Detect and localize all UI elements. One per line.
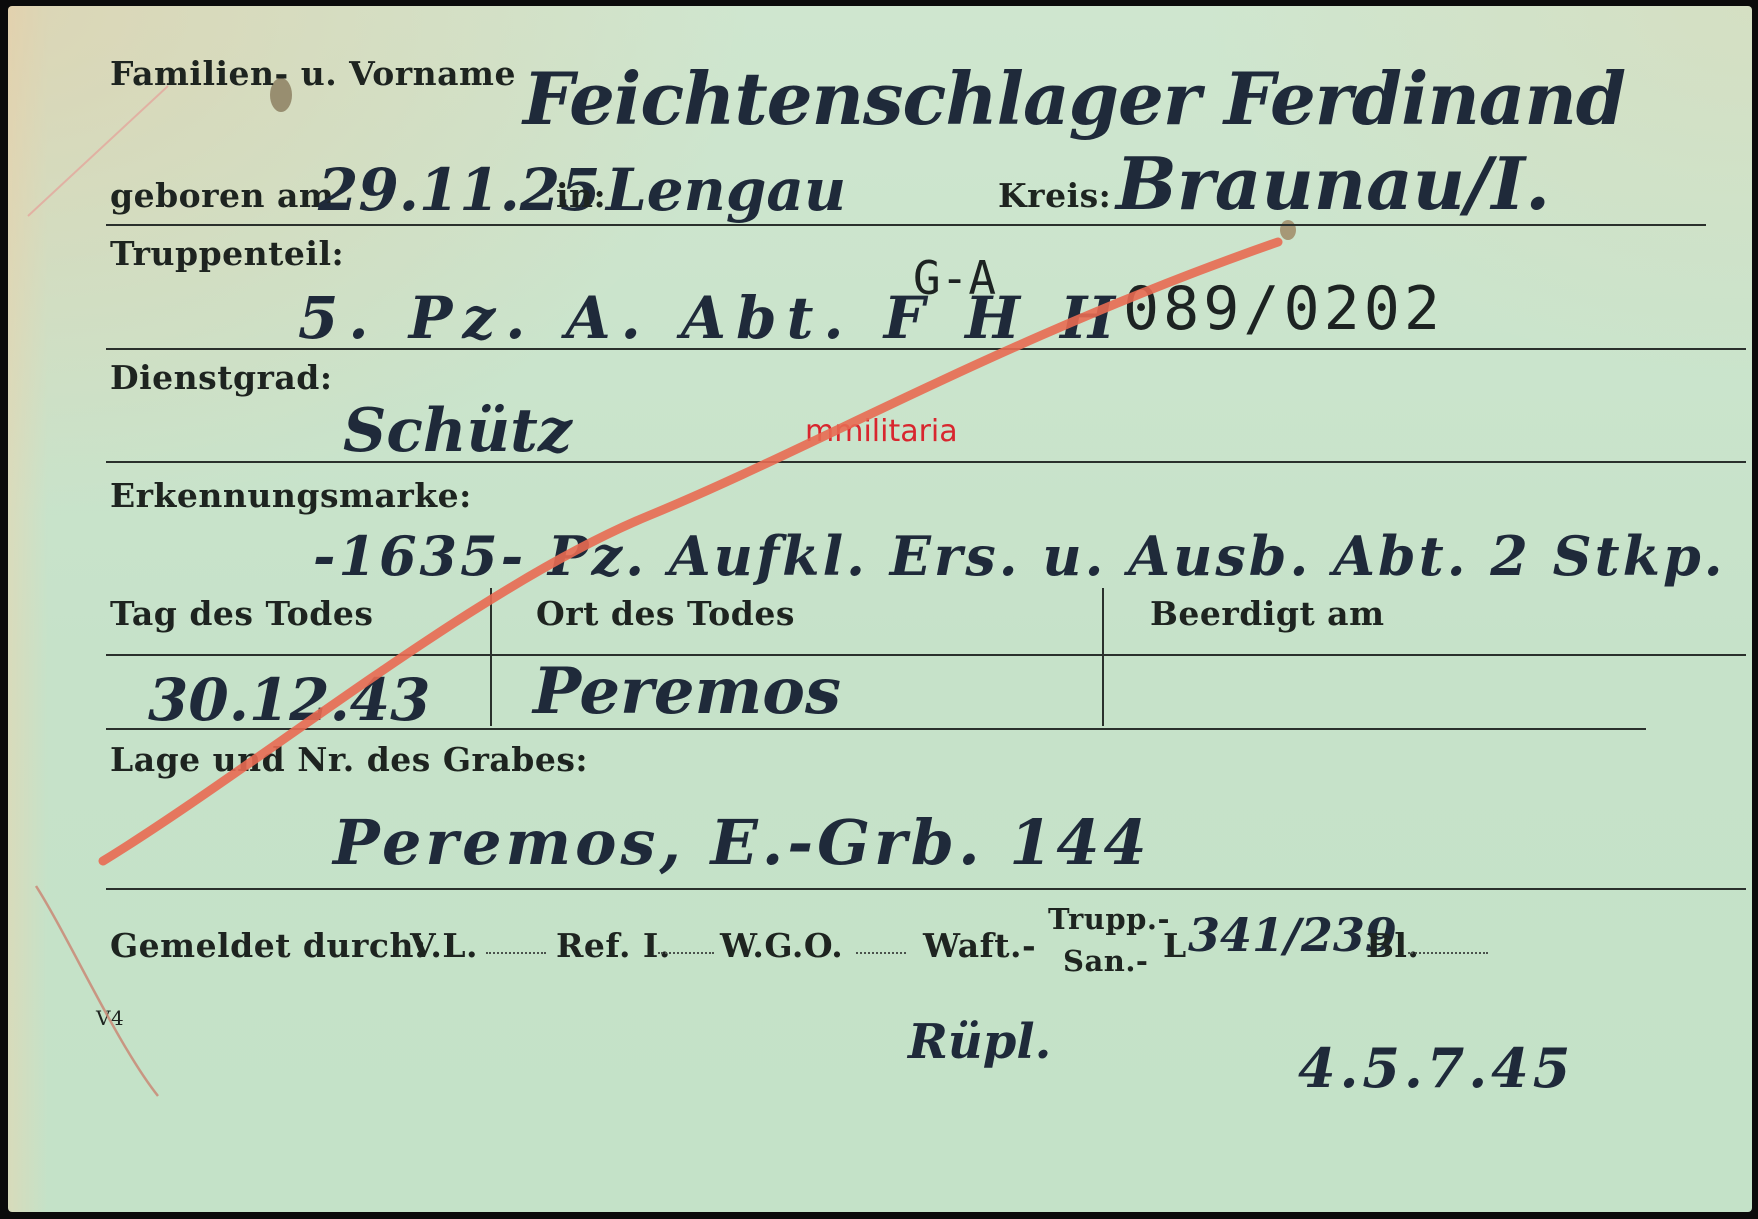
- form-code: V4: [96, 1006, 124, 1030]
- divider-line: [106, 888, 1746, 890]
- dotted-fill: [856, 952, 906, 954]
- footer-note-left: Rüpl.: [908, 1014, 1051, 1070]
- reported-item-wgo: W.G.O.: [720, 926, 843, 965]
- reported-item-ref: Ref. I.: [556, 926, 671, 965]
- death-date-label: Tag des Todes: [110, 594, 373, 633]
- list-prefix: L: [1163, 926, 1187, 965]
- district-value: Braunau/I.: [1116, 141, 1550, 226]
- column-divider: [490, 588, 492, 726]
- id-tag-label: Erkennungsmarke:: [110, 476, 472, 515]
- divider-line: [106, 654, 1746, 656]
- watermark: mmilitaria: [805, 414, 958, 449]
- column-divider: [1102, 588, 1104, 726]
- buried-label: Beerdigt am: [1150, 594, 1385, 633]
- rank-value: Schütz: [343, 396, 572, 466]
- divider-line: [106, 461, 1746, 463]
- death-date-value: 30.12.43: [148, 666, 431, 734]
- death-place-value: Peremos: [533, 654, 841, 729]
- divider-line: [106, 224, 1706, 226]
- death-record-card: Familien- u. Vorname Feichtenschlager Fe…: [8, 6, 1752, 1212]
- rank-label: Dienstgrad:: [110, 358, 333, 397]
- grave-value: Peremos, E.-Grb. 144: [333, 806, 1151, 879]
- death-place-label: Ort des Todes: [536, 594, 795, 633]
- dotted-fill: [1408, 952, 1488, 954]
- reported-item-waft: Waft.-: [923, 926, 1036, 965]
- name-label: Familien- u. Vorname: [110, 54, 516, 93]
- unit-value: 5. Pz. A. Abt. F H H: [298, 284, 1125, 352]
- born-label: geboren am: [110, 176, 334, 215]
- unit-annotation: G-A: [913, 251, 996, 305]
- reported-label: Gemeldet durch:: [110, 926, 427, 965]
- divider-line: [106, 728, 1646, 730]
- stamped-number: 089/0202: [1123, 274, 1444, 344]
- unit-label: Truppenteil:: [110, 234, 344, 273]
- divider-line: [106, 348, 1746, 350]
- district-label: Kreis:: [998, 176, 1111, 215]
- reported-item-vl: V.L.: [410, 926, 478, 965]
- name-value: Feichtenschlager Ferdinand: [523, 56, 1625, 141]
- id-tag-value: -1635- Pz. Aufkl. Ers. u. Ausb. Abt. 2 S…: [313, 524, 1726, 588]
- footer-note-right: 4.5.7.45: [1298, 1036, 1574, 1100]
- reported-sub-trupp: Trupp.-: [1048, 902, 1170, 936]
- reported-sub-san: San.-: [1063, 944, 1148, 978]
- dotted-fill: [658, 952, 714, 954]
- born-place-label: in:: [556, 176, 606, 215]
- born-place-value: Lengau: [606, 156, 846, 224]
- dotted-fill: [486, 952, 546, 954]
- list-suffix: Bl.: [1366, 926, 1419, 965]
- grave-label: Lage und Nr. des Grabes:: [110, 740, 588, 779]
